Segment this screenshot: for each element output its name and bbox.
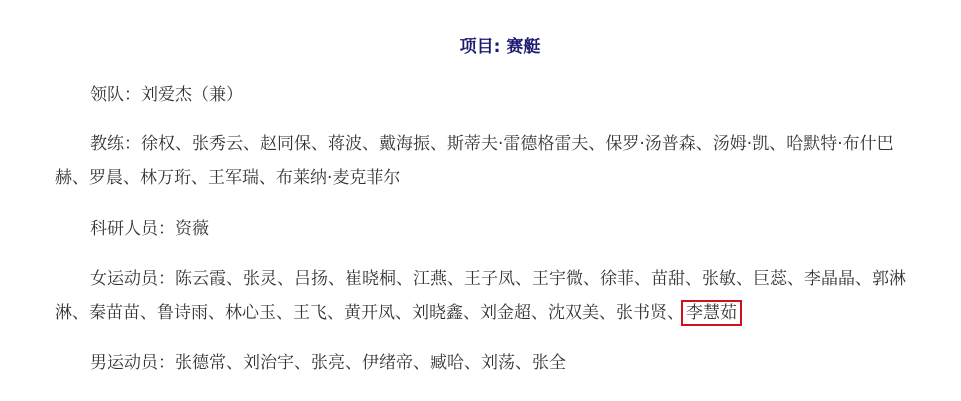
leader-names: 刘爱杰（兼） [141, 85, 243, 105]
coaches-label: 教练： [90, 134, 141, 154]
female-athletes-names: 陈云霞、张灵、吕扬、崔晓桐、江燕、王子凤、王宇微、徐菲、苗甜、张敏、巨蕊、李晶晶… [55, 269, 906, 323]
page-title: 项目: 赛艇 [0, 32, 961, 57]
leader-paragraph: 领队：刘爱杰（兼） [55, 78, 915, 112]
male-athletes-label: 男运动员： [90, 353, 175, 373]
female-athletes-label: 女运动员： [90, 269, 175, 289]
female-athletes-paragraph: 女运动员：陈云霞、张灵、吕扬、崔晓桐、江燕、王子凤、王宇微、徐菲、苗甜、张敏、巨… [55, 262, 915, 330]
male-athletes-paragraph: 男运动员：张德常、刘治宇、张亮、伊绪帝、臧哈、刘荡、张全 [55, 346, 915, 380]
researchers-label: 科研人员： [90, 219, 175, 239]
coaches-paragraph: 教练：徐权、张秀云、赵同保、蒋波、戴海振、斯蒂夫·雷德格雷夫、保罗·汤普森、汤姆… [55, 127, 915, 195]
researchers-paragraph: 科研人员：资薇 [55, 212, 915, 246]
researchers-names: 资薇 [175, 219, 209, 239]
male-athletes-names: 张德常、刘治宇、张亮、伊绪帝、臧哈、刘荡、张全 [175, 353, 566, 373]
highlighted-name: 李慧茹 [684, 303, 739, 323]
coaches-names: 徐权、张秀云、赵同保、蒋波、戴海振、斯蒂夫·雷德格雷夫、保罗·汤普森、汤姆·凯、… [55, 134, 894, 188]
leader-label: 领队： [90, 85, 141, 105]
